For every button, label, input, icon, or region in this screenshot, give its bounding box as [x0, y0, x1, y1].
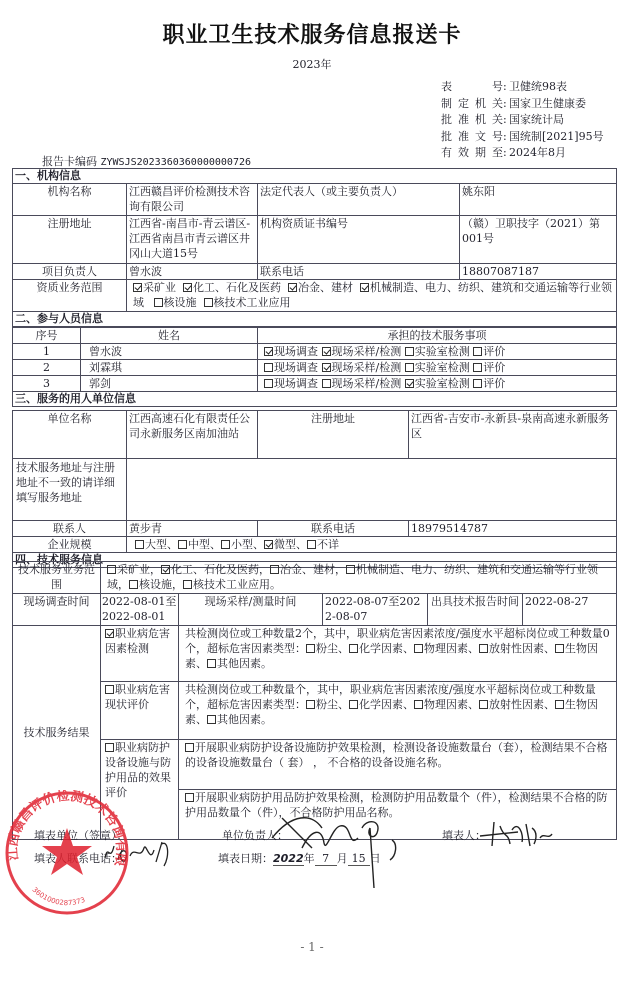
contact-label: 联系人	[13, 521, 127, 537]
checkbox-checked-icon[interactable]	[183, 283, 192, 292]
scope-option-chemical[interactable]: 化工、石化及医药	[183, 281, 281, 294]
form-year: 2023年	[0, 56, 624, 72]
scope-option-mining[interactable]: 采矿业	[133, 281, 176, 294]
result-hazard-detection[interactable]: 职业病危害因素检测	[101, 626, 179, 682]
scope-option-nuclear[interactable]: 核设施，	[129, 578, 183, 591]
service-scope-label: 技术服务业务范围	[13, 562, 101, 594]
fill-date: 填表日期：2022年7月15日	[218, 850, 381, 866]
scope-option-chemical[interactable]: 化工、石化及医药，	[161, 563, 270, 576]
table-row: 2 刘霖琪 现场调查 现场采样/检测 实验室检测 评价	[13, 360, 617, 376]
scope-option-metallurgy[interactable]: 冶金、建材	[288, 281, 353, 294]
legal-rep-label: 法定代表人（或主要负责人）	[258, 184, 460, 216]
section-service-info: 技术服务业务范围 采矿业，化工、石化及医药，冶金、建材，机械制造、电力、纺织、建…	[12, 561, 617, 840]
report-time-label: 出具技术报告时间	[428, 594, 523, 626]
checkbox-empty-icon[interactable]	[185, 743, 194, 752]
checkbox-empty-icon[interactable]	[183, 580, 192, 589]
meta-row-approver: 批准机关:国家统计局	[441, 112, 604, 129]
col-header-services: 承担的技术服务事项	[258, 328, 617, 344]
fill-month[interactable]: 7	[315, 852, 337, 866]
checkbox-empty-icon[interactable]	[221, 540, 230, 549]
checkbox-empty-icon[interactable]	[105, 743, 114, 752]
unit-head-label: 单位负责人：	[222, 827, 288, 843]
fill-year[interactable]: 2022	[273, 852, 304, 866]
result-hazard-detection-text: 共检测岗位或工种数量2个，其中，职业病危害因素浓度/强度水平超标岗位或工种数量0…	[179, 626, 617, 682]
checkbox-checked-icon[interactable]	[133, 283, 142, 292]
meta-row-approval-no: 批准文号:国统制[2021]95号	[441, 129, 604, 146]
scope-option-metallurgy[interactable]: 冶金、建材，	[270, 563, 346, 576]
svg-text:3601000287373: 3601000287373	[31, 886, 87, 907]
scope-option-nuclear-tech[interactable]: 核技术工业应用	[204, 296, 291, 309]
meta-row-authority: 制定机关:国家卫生健康委	[441, 96, 604, 113]
cert-no-value[interactable]: （赣）卫职技字（2021）第001号	[460, 216, 617, 264]
unit-name-label: 单位名称	[13, 411, 127, 459]
form-meta: 表号:卫健统98表 制定机关:国家卫生健康委 批准机关:国家统计局 批准文号:国…	[441, 79, 604, 162]
fill-day[interactable]: 15	[348, 852, 370, 866]
checkbox-empty-icon[interactable]	[346, 565, 355, 574]
checkbox-empty-icon[interactable]	[154, 298, 163, 307]
table-row: 3 郭剑 现场调查 现场采样/检测 实验室检测 评价	[13, 376, 617, 392]
service-address-label: 技术服务地址与注册地址不一致的请详细填写服务地址	[13, 459, 127, 521]
scope-option-nuclear[interactable]: 核设施	[154, 296, 197, 309]
checkbox-checked-icon[interactable]	[264, 347, 273, 356]
scope-label: 资质业务范围	[13, 280, 127, 312]
scale-option-large[interactable]: 大型、	[135, 538, 178, 551]
service-address-value[interactable]	[127, 459, 617, 521]
scale-options: 大型、中型、小型、微型、不详	[127, 537, 617, 553]
unit-reg-address-value[interactable]: 江西省-吉安市-永新县-泉南高速永新服务区	[409, 411, 617, 459]
checkbox-empty-icon[interactable]	[322, 379, 331, 388]
service-scope-options: 采矿业，化工、石化及医药，冶金、建材，机械制造、电力、纺织、建筑和交通运输等行业…	[101, 562, 617, 594]
protection-equipment-text: 开展职业病防护设备设施防护效果检测，检测设备设施数量台（套），检测结果不合格的设…	[179, 740, 617, 790]
survey-time-value[interactable]: 2022-08-01至2022-08-01	[101, 594, 179, 626]
result-label: 技术服务结果	[13, 626, 101, 840]
org-name-value[interactable]: 江西赣昌评价检测技术咨询有限公司	[127, 184, 258, 216]
checkbox-checked-icon[interactable]	[264, 540, 273, 549]
legal-rep-value[interactable]: 姚东阳	[460, 184, 617, 216]
service-checks: 现场调查 现场采样/检测 实验室检测 评价	[258, 360, 617, 376]
col-header-no: 序号	[13, 328, 81, 344]
contact-phone-label: 联系电话	[258, 521, 409, 537]
unit-name-value[interactable]: 江西高速石化有限责任公司永新服务区南加油站	[127, 411, 258, 459]
scale-option-micro[interactable]: 微型、	[264, 538, 307, 551]
checkbox-checked-icon[interactable]	[161, 565, 170, 574]
sampling-time-label: 现场采样/测量时间	[179, 594, 323, 626]
checkbox-checked-icon[interactable]	[322, 347, 331, 356]
checkbox-empty-icon[interactable]	[178, 540, 187, 549]
fill-unit-label: 填表单位（签章）：	[34, 827, 128, 843]
meta-row-table-no: 表号:卫健统98表	[441, 79, 604, 96]
checkbox-empty-icon[interactable]	[473, 363, 482, 372]
checkbox-checked-icon[interactable]	[105, 629, 114, 638]
scope-option-nuclear-tech[interactable]: 核技术工业应用。	[183, 578, 281, 591]
result-status-evaluation-text: 共检测岗位或工种数量个，其中，职业病危害因素浓度/强度水平超标岗位或工种数量个，…	[179, 682, 617, 740]
checkbox-empty-icon[interactable]	[105, 685, 114, 694]
checkbox-empty-icon[interactable]	[204, 298, 213, 307]
checkbox-empty-icon[interactable]	[473, 347, 482, 356]
checkbox-empty-icon[interactable]	[129, 580, 138, 589]
checkbox-empty-icon[interactable]	[307, 540, 316, 549]
result-status-evaluation[interactable]: 职业病危害现状评价	[101, 682, 179, 740]
checkbox-empty-icon[interactable]	[405, 347, 414, 356]
scale-option-medium[interactable]: 中型、	[178, 538, 221, 551]
meta-row-valid-until: 有效期至:2024年8月	[441, 145, 604, 162]
checkbox-checked-icon[interactable]	[288, 283, 297, 292]
form-title: 职业卫生技术服务信息报送卡	[0, 18, 624, 49]
checkbox-empty-icon[interactable]	[107, 565, 116, 574]
checkbox-empty-icon[interactable]	[264, 363, 273, 372]
survey-time-label: 现场调查时间	[13, 594, 101, 626]
org-name-label: 机构名称	[13, 184, 127, 216]
col-header-name: 姓名	[81, 328, 258, 344]
phone-value[interactable]: 18807087187	[460, 264, 617, 280]
result-protection-evaluation[interactable]: 职业病防护设备设施与防护用品的效果评价	[101, 740, 179, 840]
scope-options: 采矿业化工、石化及医药冶金、建材机械制造、电力、纺织、建筑和交通运输等行业领域 …	[127, 280, 617, 312]
contact-value[interactable]: 黄步青	[127, 521, 258, 537]
section-title: 二、参与人员信息	[13, 312, 617, 327]
project-lead-label: 项目负责人	[13, 264, 127, 280]
checkbox-empty-icon[interactable]	[264, 379, 273, 388]
page-number: - 1 -	[0, 940, 624, 954]
scale-option-small[interactable]: 小型、	[221, 538, 264, 551]
scale-option-unknown[interactable]: 不详	[307, 538, 339, 551]
reg-address-value[interactable]: 江西省-南昌市-青云谱区-江西省南昌市青云谱区井冈山大道15号	[127, 216, 258, 264]
checkbox-checked-icon[interactable]	[360, 283, 369, 292]
scope-option-mining[interactable]: 采矿业，	[107, 563, 161, 576]
checkbox-empty-icon[interactable]	[135, 540, 144, 549]
filler-label: 填表人：	[442, 827, 486, 843]
checkbox-empty-icon[interactable]	[270, 565, 279, 574]
filler-phone: 填表人联系电话：	[34, 850, 122, 866]
checkbox-empty-icon[interactable]	[185, 793, 194, 802]
cert-no-label: 机构资质证书编号	[258, 216, 460, 264]
report-time-value[interactable]: 2022-08-27	[523, 594, 617, 626]
table-row: 1 曾水波 现场调查 现场采样/检测 实验室检测 评价	[13, 344, 617, 360]
project-lead-value[interactable]: 曾水波	[127, 264, 258, 280]
section-org-info: 一、机构信息 机构名称 江西赣昌评价检测技术咨询有限公司 法定代表人（或主要负责…	[12, 168, 617, 327]
section-title: 三、服务的用人单位信息	[13, 392, 617, 407]
service-checks: 现场调查 现场采样/检测 实验室检测 评价	[258, 376, 617, 392]
phone-label: 联系电话	[258, 264, 460, 280]
section-personnel: 序号 姓名 承担的技术服务事项 1 曾水波 现场调查 现场采样/检测 实验室检测…	[12, 327, 617, 407]
checkbox-empty-icon[interactable]	[405, 363, 414, 372]
checkbox-checked-icon[interactable]	[322, 363, 331, 372]
checkbox-empty-icon[interactable]	[473, 379, 482, 388]
scale-label: 企业规模	[13, 537, 127, 553]
section-title: 一、机构信息	[13, 169, 617, 184]
service-checks: 现场调查 现场采样/检测 实验室检测 评价	[258, 344, 617, 360]
sampling-time-value[interactable]: 2022-08-07至2022-08-07	[323, 594, 428, 626]
contact-phone-value[interactable]: 18979514787	[409, 521, 617, 537]
reg-address-label: 注册地址	[13, 216, 127, 264]
checkbox-checked-icon[interactable]	[405, 379, 414, 388]
report-code: 报告卡编码 ZYWSJS2023360360000000726	[42, 153, 251, 169]
section-employer-info: 单位名称 江西高速石化有限责任公司永新服务区南加油站 注册地址 江西省-吉安市-…	[12, 410, 617, 568]
unit-reg-address-label: 注册地址	[258, 411, 409, 459]
